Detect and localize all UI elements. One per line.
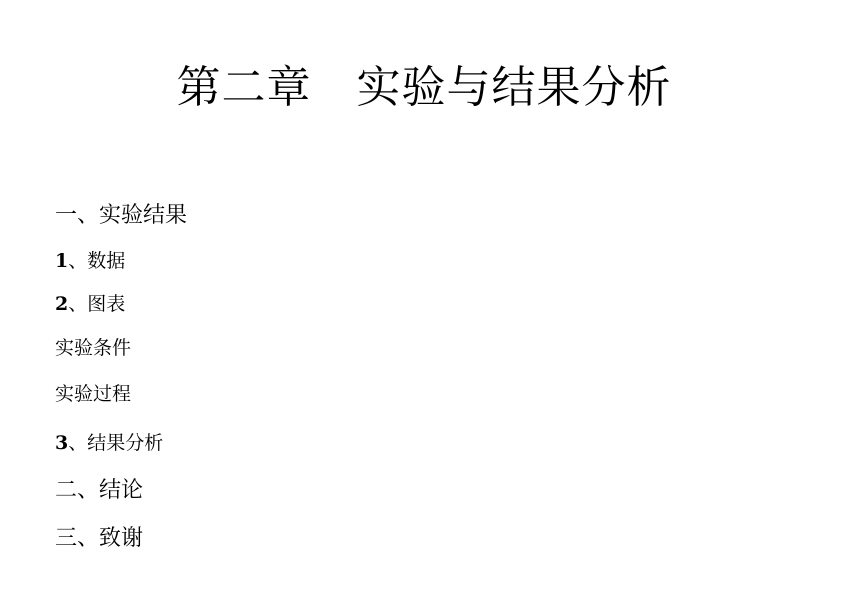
section-heading-conclusion: 二、结论 bbox=[55, 477, 143, 505]
subsection-title: 、数据 bbox=[68, 250, 125, 272]
section-heading-experiment-results: 一、实验结果 bbox=[55, 202, 187, 230]
subsection-number: 2 bbox=[55, 293, 68, 315]
subsection-number: 3 bbox=[55, 432, 68, 454]
paragraph-heading-experiment-conditions: 实验条件 bbox=[55, 335, 131, 361]
chapter-title: 第二章 实验与结果分析 bbox=[0, 60, 848, 116]
subsection-title: 、图表 bbox=[68, 293, 125, 315]
paragraph-heading-experiment-process: 实验过程 bbox=[55, 381, 131, 407]
section-heading-acknowledgements: 三、致谢 bbox=[55, 525, 143, 553]
subsection-number: 1 bbox=[55, 250, 68, 272]
subsection-heading-charts: 2、图表 bbox=[55, 291, 125, 317]
subsection-heading-data: 1、数据 bbox=[55, 248, 125, 274]
subsection-heading-result-analysis: 3、结果分析 bbox=[55, 430, 163, 456]
subsection-title: 、结果分析 bbox=[68, 432, 163, 454]
